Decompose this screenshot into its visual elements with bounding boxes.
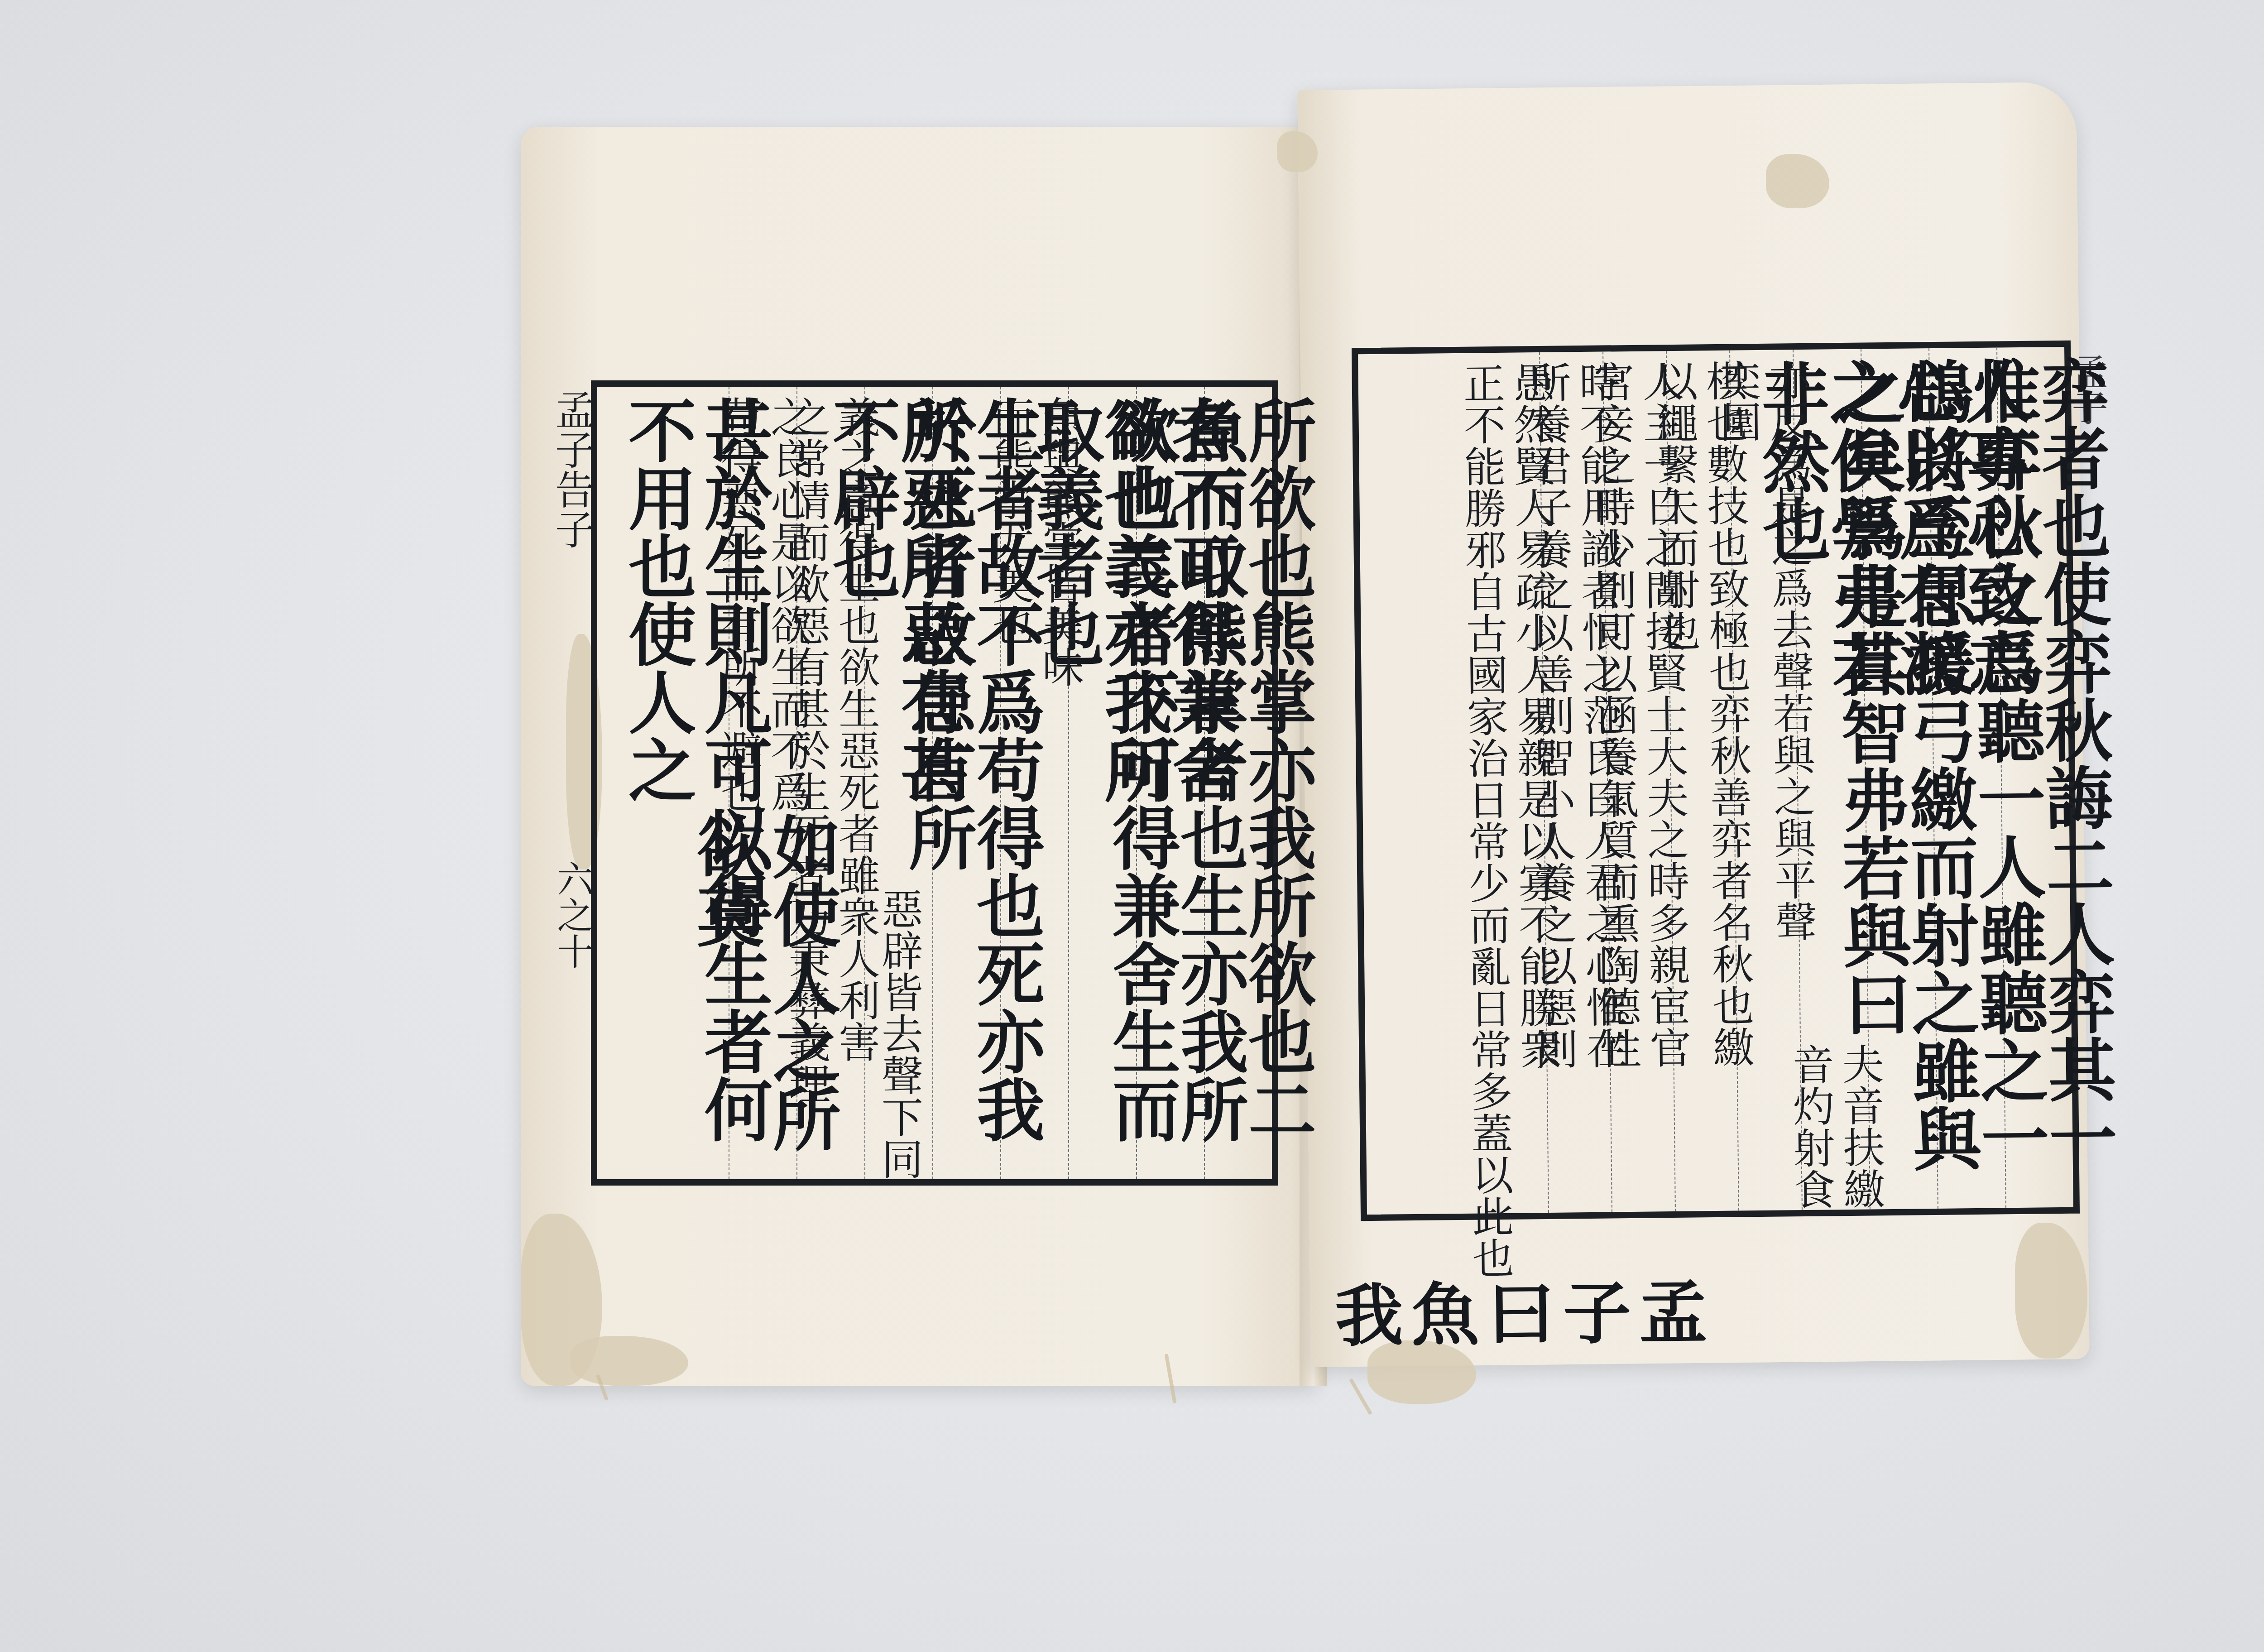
commentary-text: 惡辟皆去聲下同 [875,888,922,1179]
main-text: 甚於生則凡可以得生者何不用也使人之 [619,396,771,1179]
commentary-text: 棋也數技也致極也弈秋善弈者名秋也繳 [1699,359,1754,1068]
left-margin-folio: 六之十 [550,860,594,969]
main-text: 孟子曰魚我 [1325,1276,1706,1348]
commentary-text: 夫音扶繳 [1836,1042,1885,1210]
folio-number-label: 六之十 [551,860,593,969]
commentary-text: 正不能勝邪自古國家治日常少而亂日常多蓋以此也 [1457,362,1513,1279]
right-text-block: 弈者也使弈秋誨二人弈其一人專心致志 惟弈秋之爲聽一人雖聽之一心以爲有鴻 鵠將至思… [1352,341,2080,1221]
commentary-text: 亦反爲是之爲去聲若與之與平聲 [1763,359,1816,942]
book-title-label: 孟子 [549,389,595,469]
commentary-text: 時不能用識者恨之范氏曰人君之心惟在 [1573,360,1627,1069]
commentary-text: 愚然賢人易疏小人易親是以寡不能勝衆 [1506,361,1563,1278]
left-text-block: 所欲也熊掌亦我所欲也二者不可得兼舍 魚而取熊掌者也生亦我所欲也義亦我所 欲也二者… [591,380,1278,1186]
commentary-text: 人主一日之間接賢士大夫之時多親宦官 [1636,360,1690,1069]
commentary-column: 愚然賢人易疏小人易親是以寡不能勝衆 正不能勝邪自古國家治日常少而亂日常多蓋以此也… [1471,352,1548,1213]
text-column: 甚於生則凡可以得生者何不用也使人之 [661,387,729,1179]
chapter-label: 告子 [549,469,595,549]
left-margin-title: 孟子告子 [550,389,594,549]
